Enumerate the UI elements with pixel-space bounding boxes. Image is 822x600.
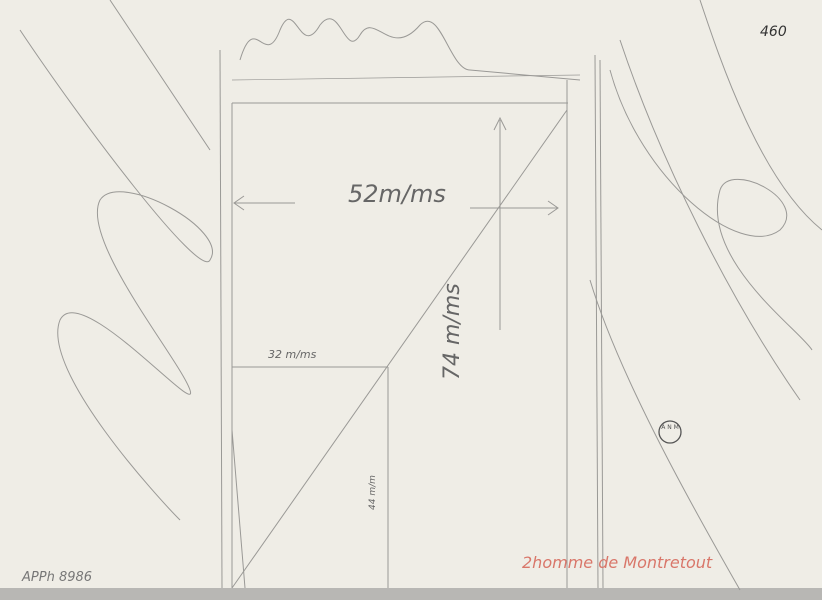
height-annotation-right: 74 m/ms xyxy=(440,283,465,380)
width-annotation-top: 52m/ms xyxy=(348,180,446,208)
pencil-sketch xyxy=(0,0,822,600)
page-number: 460 xyxy=(760,24,787,40)
height-annotation-small: 44 m/m xyxy=(368,475,378,510)
stamp-label: A N M xyxy=(660,424,680,431)
inventory-number: APPh 8986 xyxy=(22,570,92,585)
width-annotation-small: 32 m/ms xyxy=(268,348,316,361)
red-inscription: 2homme de Montretout xyxy=(522,553,712,572)
